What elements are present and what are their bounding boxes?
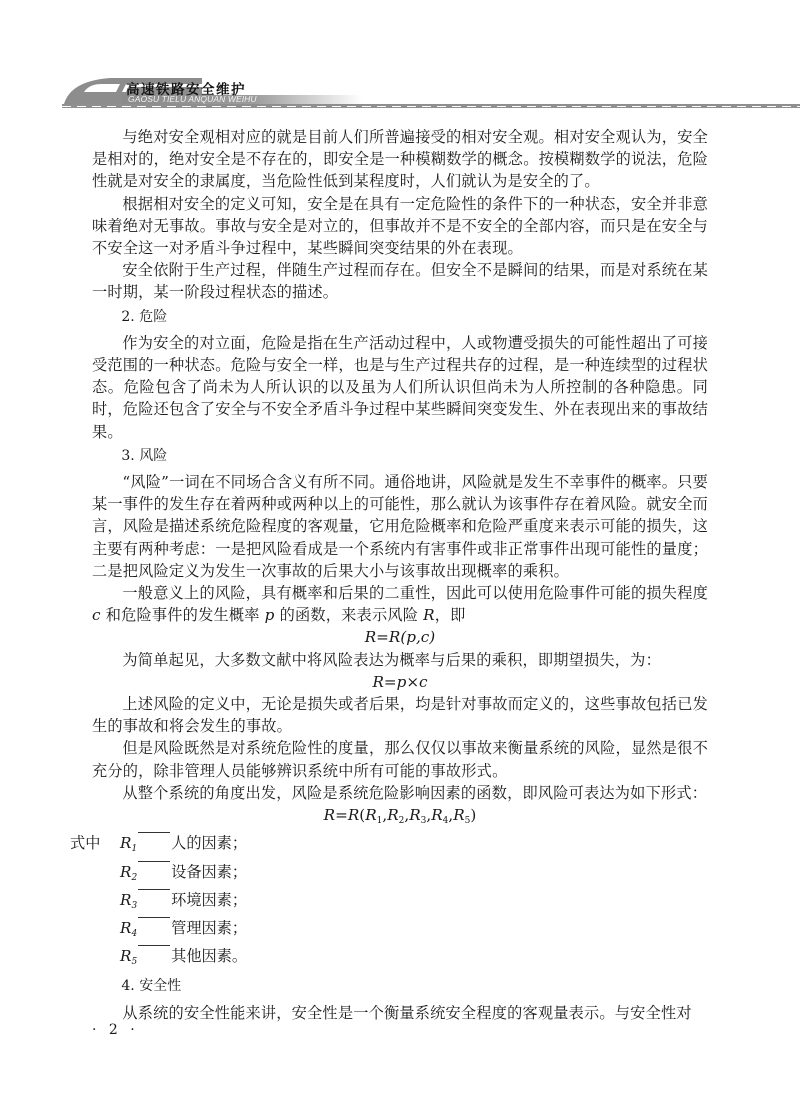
paragraph: 作为安全的对立面，危险是指在生产活动过程中，人或物遭受损失的可能性超出了可接受范… xyxy=(92,332,708,443)
paragraph: 一般意义上的风险，具有概率和后果的二重性，因此可以使用危险事件可能的损失程度c … xyxy=(92,582,708,626)
section-heading-danger: 2. 危险 xyxy=(92,306,708,328)
legend-label: 式中 xyxy=(70,832,120,860)
header-rule-dashes xyxy=(62,106,800,107)
em-dash xyxy=(138,832,170,860)
paragraph: “风险”一词在不同场合含义有所不同。通俗地讲，风险就是发生不幸事件的概率。只要某… xyxy=(92,471,708,582)
legend-row: R3环境因素； xyxy=(70,889,708,917)
book-subtitle: GAOSU TIELU ANQUAN WEIHU xyxy=(128,94,257,104)
legend-row: R4管理因素； xyxy=(70,917,708,945)
variable-c: c xyxy=(92,606,101,624)
formula-risk-product: R=p×c xyxy=(92,671,708,693)
page-number: · 2 · xyxy=(92,1022,139,1038)
paragraph: 根据相对安全的定义可知，安全是在具有一定危险性的条件下的一种状态，安全并非意味着… xyxy=(92,193,708,260)
formula-legend: 式中 R1人的因素； R2设备因素； R3环境因素； R4管理因素； R5其他因… xyxy=(70,832,708,973)
paragraph: 与绝对安全观相对应的就是目前人们所普遍接受的相对安全观。相对安全观认为，安全是相… xyxy=(92,126,708,193)
em-dash xyxy=(138,945,170,973)
em-dash xyxy=(138,861,170,889)
running-header: 高速铁路安全维护 GAOSU TIELU ANQUAN WEIHU xyxy=(0,0,800,110)
variable-R: R xyxy=(423,606,435,624)
variable-p: p xyxy=(265,606,275,624)
page-body: 与绝对安全观相对应的就是目前人们所普遍接受的相对安全观。相对安全观认为，安全是相… xyxy=(92,126,708,1024)
paragraph: 从整个系统的角度出发，风险是系统危险影响因素的函数，即风险可表达为如下形式： xyxy=(92,782,708,804)
formula-risk-function: R=R(p,c) xyxy=(92,626,708,648)
paragraph: 从系统的安全性能来讲，安全性是一个衡量系统安全程度的客观量表示。与安全性对 xyxy=(92,1002,708,1024)
paragraph: 上述风险的定义中，无论是损失或者后果，均是针对事故而定义的，这些事故包括已发生的… xyxy=(92,693,708,737)
formula-risk-factors: R=R(R1,R2,R3,R4,R5) xyxy=(92,804,708,832)
legend-row: R2设备因素； xyxy=(70,861,708,889)
paragraph: 安全依附于生产过程，伴随生产过程而存在。但安全不是瞬间的结果，而是对系统在某一时… xyxy=(92,259,708,303)
em-dash xyxy=(138,889,170,917)
paragraph: 但是风险既然是对系统危险性的度量，那么仅仅以事故来衡量系统的风险，显然是很不充分… xyxy=(92,737,708,781)
section-heading-safety: 4. 安全性 xyxy=(92,975,708,997)
legend-row: 式中 R1人的因素； xyxy=(70,832,708,860)
section-heading-risk: 3. 风险 xyxy=(92,445,708,467)
em-dash xyxy=(138,917,170,945)
paragraph: 为简单起见，大多数文献中将风险表达为概率与后果的乘积，即期望损失，为： xyxy=(92,649,708,671)
legend-row: R5其他因素。 xyxy=(70,945,708,973)
